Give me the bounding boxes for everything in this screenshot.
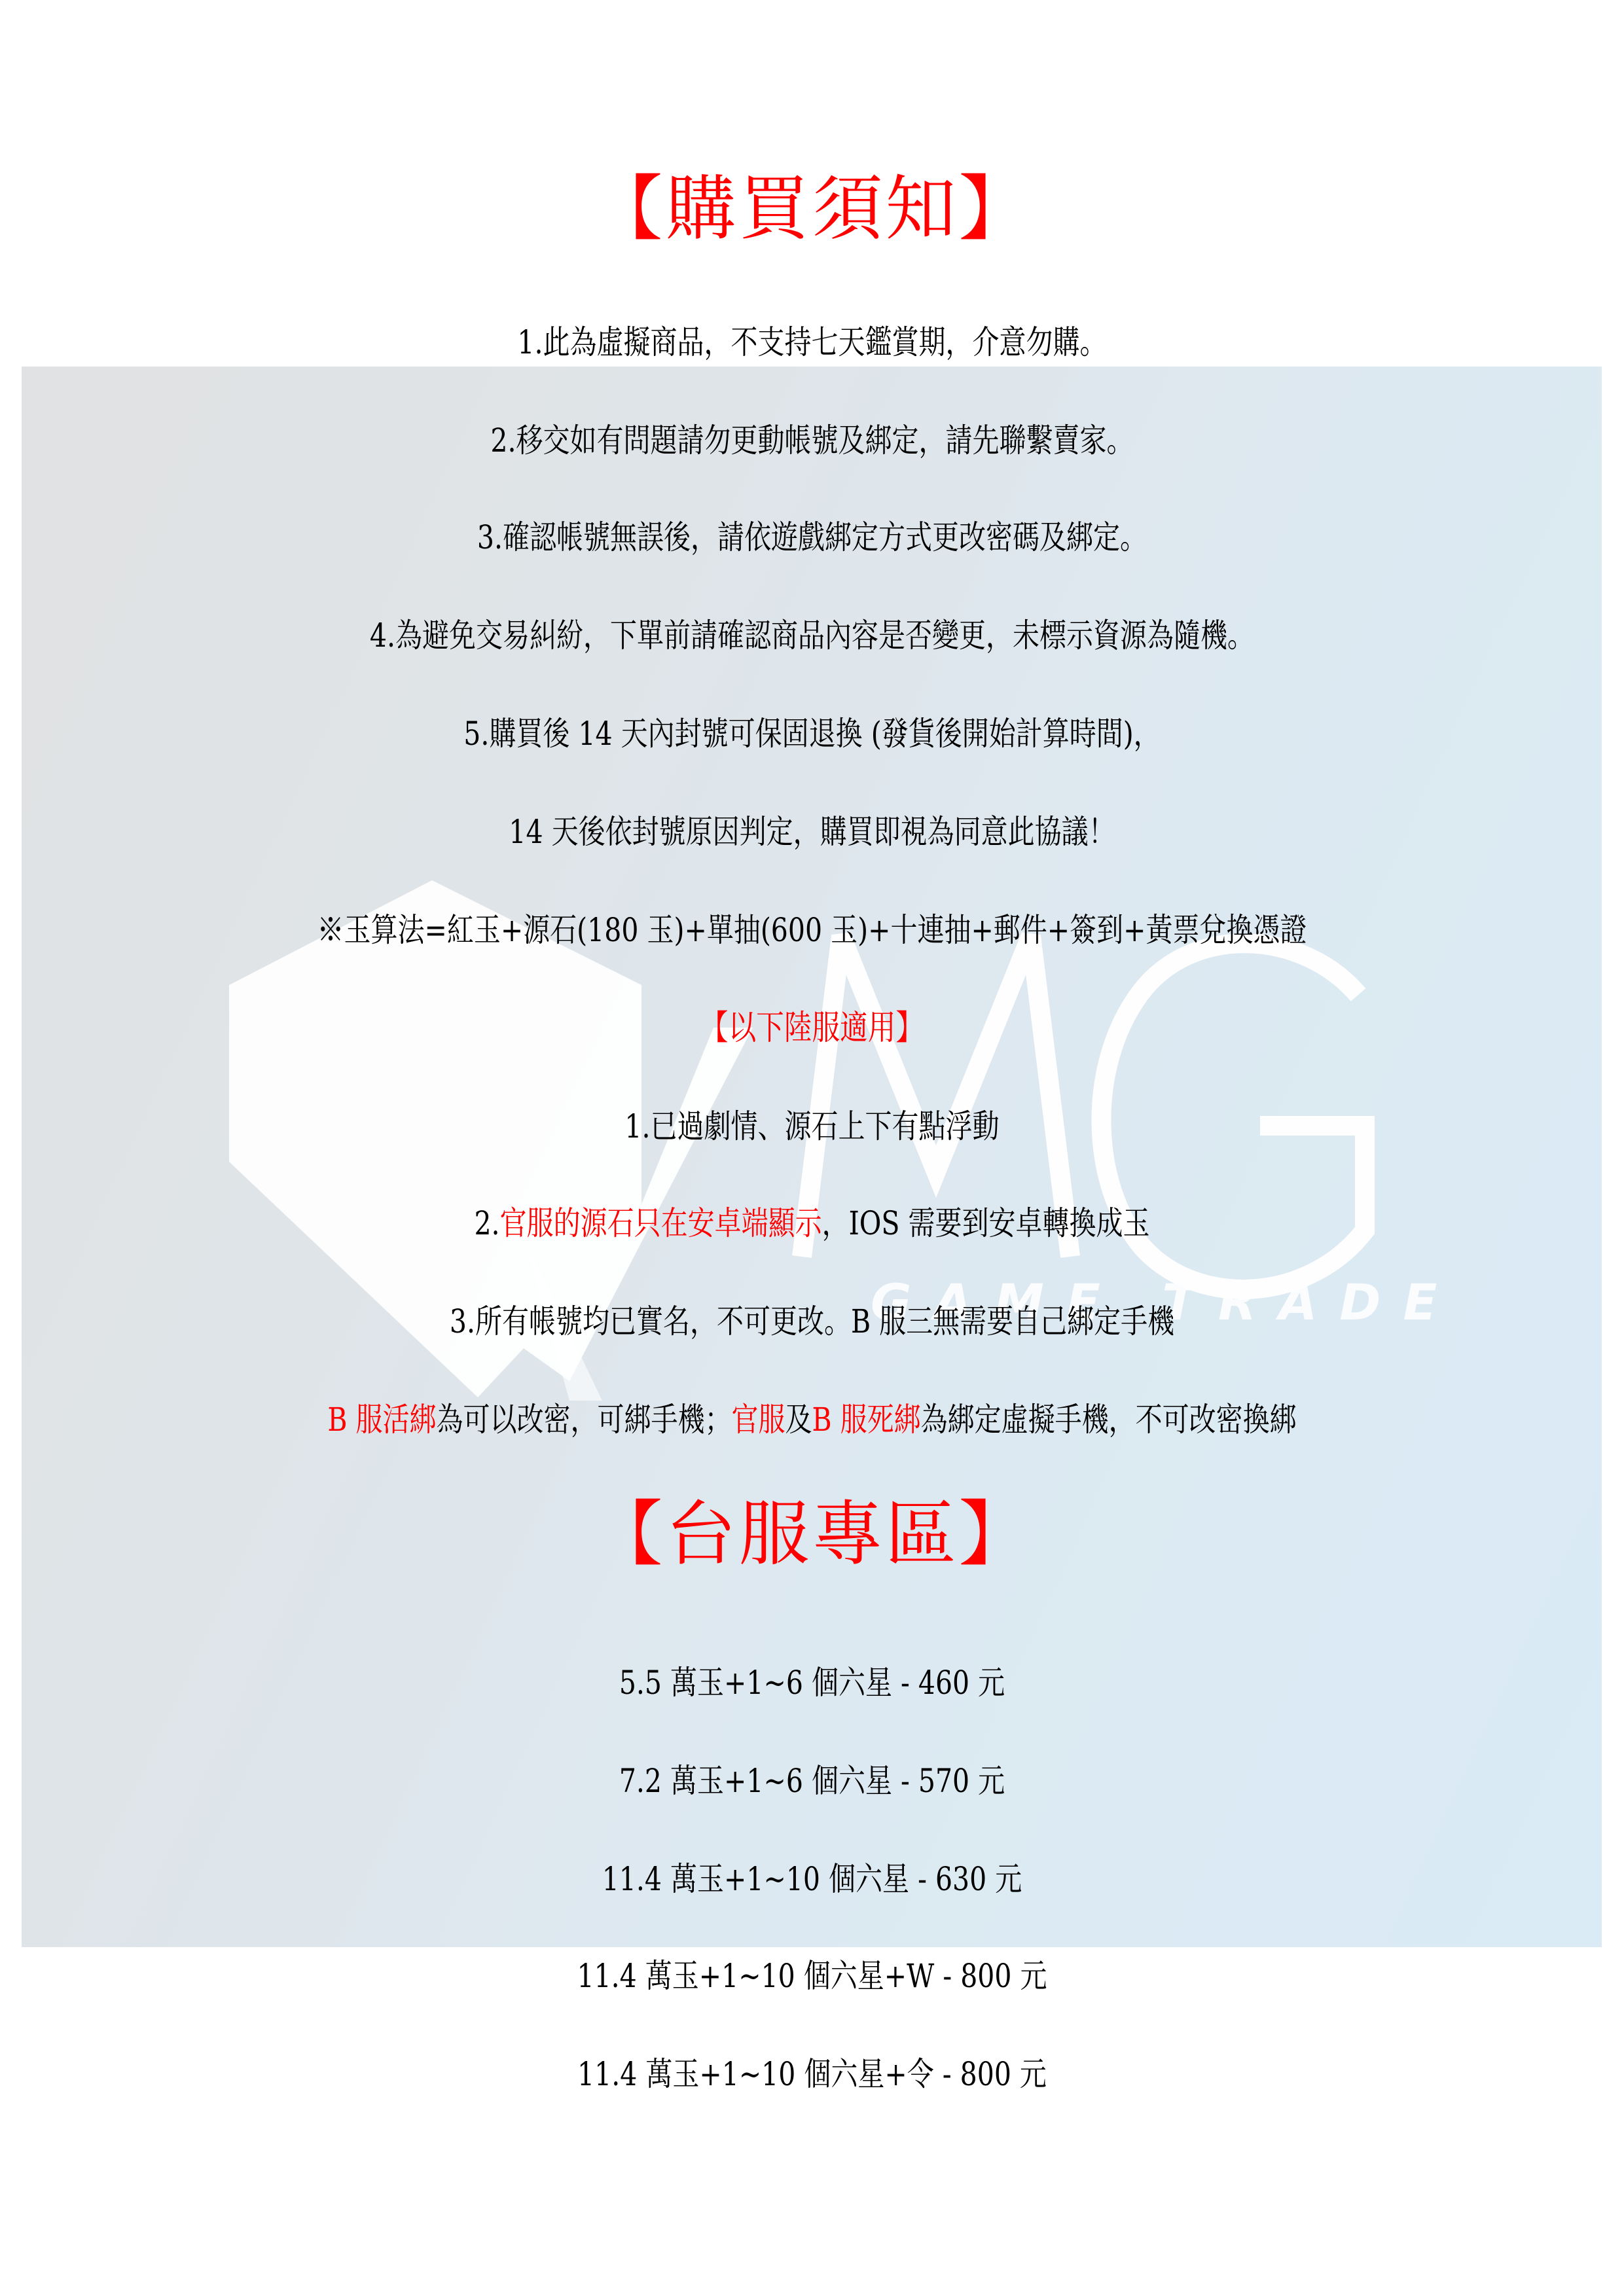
binding-note-text-2: 及 xyxy=(785,1401,812,1439)
price-item: 11.4 萬玉+1~10 個六星+令 - 800 元 xyxy=(146,2051,1477,2097)
background-panel xyxy=(22,367,1602,1947)
notice-item-2: 2.移交如有問題請勿更動帳號及綁定，請先聯繫賣家。 xyxy=(146,418,1477,463)
notice-item-5: 5.購買後 14 天內封號可保固退換 (發貨後開始計算時間)， xyxy=(146,711,1477,757)
mainland-item-2: 2.官服的源石只在安卓端顯示，IOS 需要到安卓轉換成玉 xyxy=(146,1200,1477,1246)
notice-title: 【購買須知】 xyxy=(0,167,1624,252)
official-server: 官服 xyxy=(732,1401,785,1439)
mainland-item-2-highlight: 官服的源石只在安卓端顯示 xyxy=(500,1204,822,1242)
notice-item-4: 4.為避免交易糾紛，下單前請確認商品內容是否變更，未標示資源為隨機。 xyxy=(146,613,1477,658)
mainland-item-2-prefix: 2. xyxy=(474,1204,499,1242)
b-server-live-binding: B 服活綁 xyxy=(327,1401,436,1439)
binding-note-text-1: 為可以改密，可綁手機； xyxy=(437,1401,732,1439)
jade-formula: ※玉算法=紅玉+源石(180 玉)+單抽(600 玉)+十連抽+郵件+簽到+黃票… xyxy=(146,907,1477,953)
price-item: 11.4 萬玉+1~10 個六星 - 630 元 xyxy=(146,1856,1477,1902)
price-item: 7.2 萬玉+1~6 個六星 - 570 元 xyxy=(146,1758,1477,1804)
price-item: 5.5 萬玉+1~6 個六星 - 460 元 xyxy=(146,1660,1477,1706)
notice-item-3: 3.確認帳號無誤後，請依遊戲綁定方式更改密碼及綁定。 xyxy=(146,514,1477,560)
mainland-item-2-suffix: ，IOS 需要到安卓轉換成玉 xyxy=(822,1204,1150,1242)
notice-item-1: 1.此為虛擬商品，不支持七天鑑賞期，介意勿購。 xyxy=(146,319,1477,365)
taiwan-section-title: 【台服專區】 xyxy=(0,1492,1624,1577)
mainland-item-3: 3.所有帳號均已實名，不可更改。B 服三無需要自己綁定手機 xyxy=(146,1299,1477,1344)
binding-note-text-3: 為綁定虛擬手機，不可改密換綁 xyxy=(921,1401,1297,1439)
b-server-dead-binding: B 服死綁 xyxy=(812,1401,921,1439)
mainland-binding-note: B 服活綁為可以改密，可綁手機；官服及B 服死綁為綁定虛擬手機，不可改密換綁 xyxy=(146,1397,1477,1443)
mainland-section-title: 【以下陸服適用】 xyxy=(146,1005,1477,1051)
mainland-item-1: 1.已過劇情、源石上下有點浮動 xyxy=(146,1103,1477,1149)
notice-item-5-continued: 14 天後依封號原因判定，購買即視為同意此協議！ xyxy=(146,809,1477,855)
price-item: 11.4 萬玉+1~10 個六星+W - 800 元 xyxy=(146,1953,1477,1999)
